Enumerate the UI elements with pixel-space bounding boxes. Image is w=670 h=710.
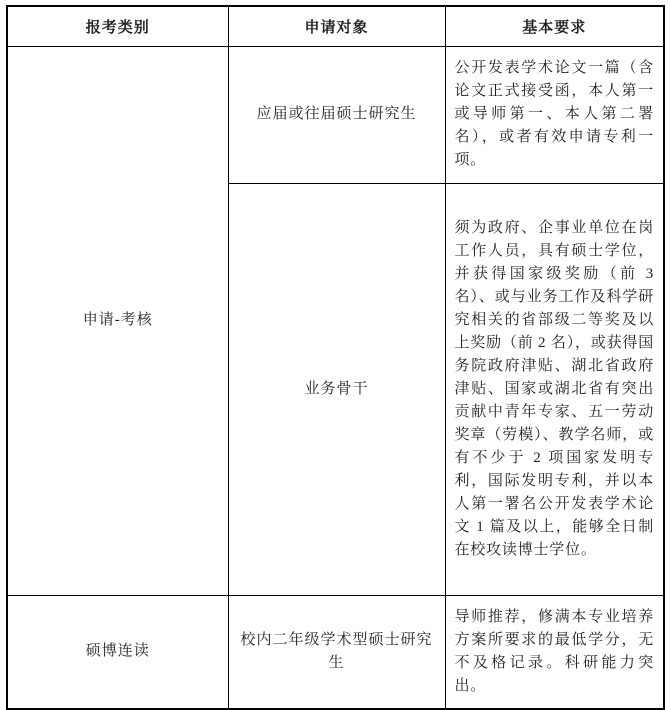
cell-requirements-supervisor-recommendation: 导师推荐，修满本专业培养方案所要求的最低学分，无不及格记录。科研能力突出。 — [445, 595, 664, 709]
header-application-category: 报考类别 — [7, 6, 228, 46]
cell-category-masters-doctoral-continuous: 硕博连读 — [7, 595, 228, 709]
cell-target-fresh-or-former-masters: 应届或往届硕士研究生 — [228, 46, 445, 183]
admission-categories-table: 报考类别 申请对象 基本要求 申请-考核 应届或往届硕士研究生 公开发表学术论文… — [6, 5, 665, 710]
header-basic-requirements: 基本要求 — [445, 6, 664, 46]
cell-category-apply-review: 申请-考核 — [7, 46, 228, 595]
cell-requirements-business-backbone: 须为政府、企事业单位在岗工作人员，具有硕士学位，并获得国家级奖励（前 3 名）、… — [445, 183, 664, 595]
cell-target-second-year-academic-masters: 校内二年级学术型硕士研究生 — [228, 595, 445, 709]
cell-target-business-backbone: 业务骨干 — [228, 183, 445, 595]
table-header-row: 报考类别 申请对象 基本要求 — [7, 6, 664, 46]
cell-requirements-published-paper: 公开发表学术论文一篇（含论文正式接受函，本人第一或导师第一、本人第二署名），或者… — [445, 46, 664, 183]
header-application-target: 申请对象 — [228, 6, 445, 46]
table-row: 硕博连读 校内二年级学术型硕士研究生 导师推荐，修满本专业培养方案所要求的最低学… — [7, 595, 664, 709]
table-row: 申请-考核 应届或往届硕士研究生 公开发表学术论文一篇（含论文正式接受函，本人第… — [7, 46, 664, 183]
